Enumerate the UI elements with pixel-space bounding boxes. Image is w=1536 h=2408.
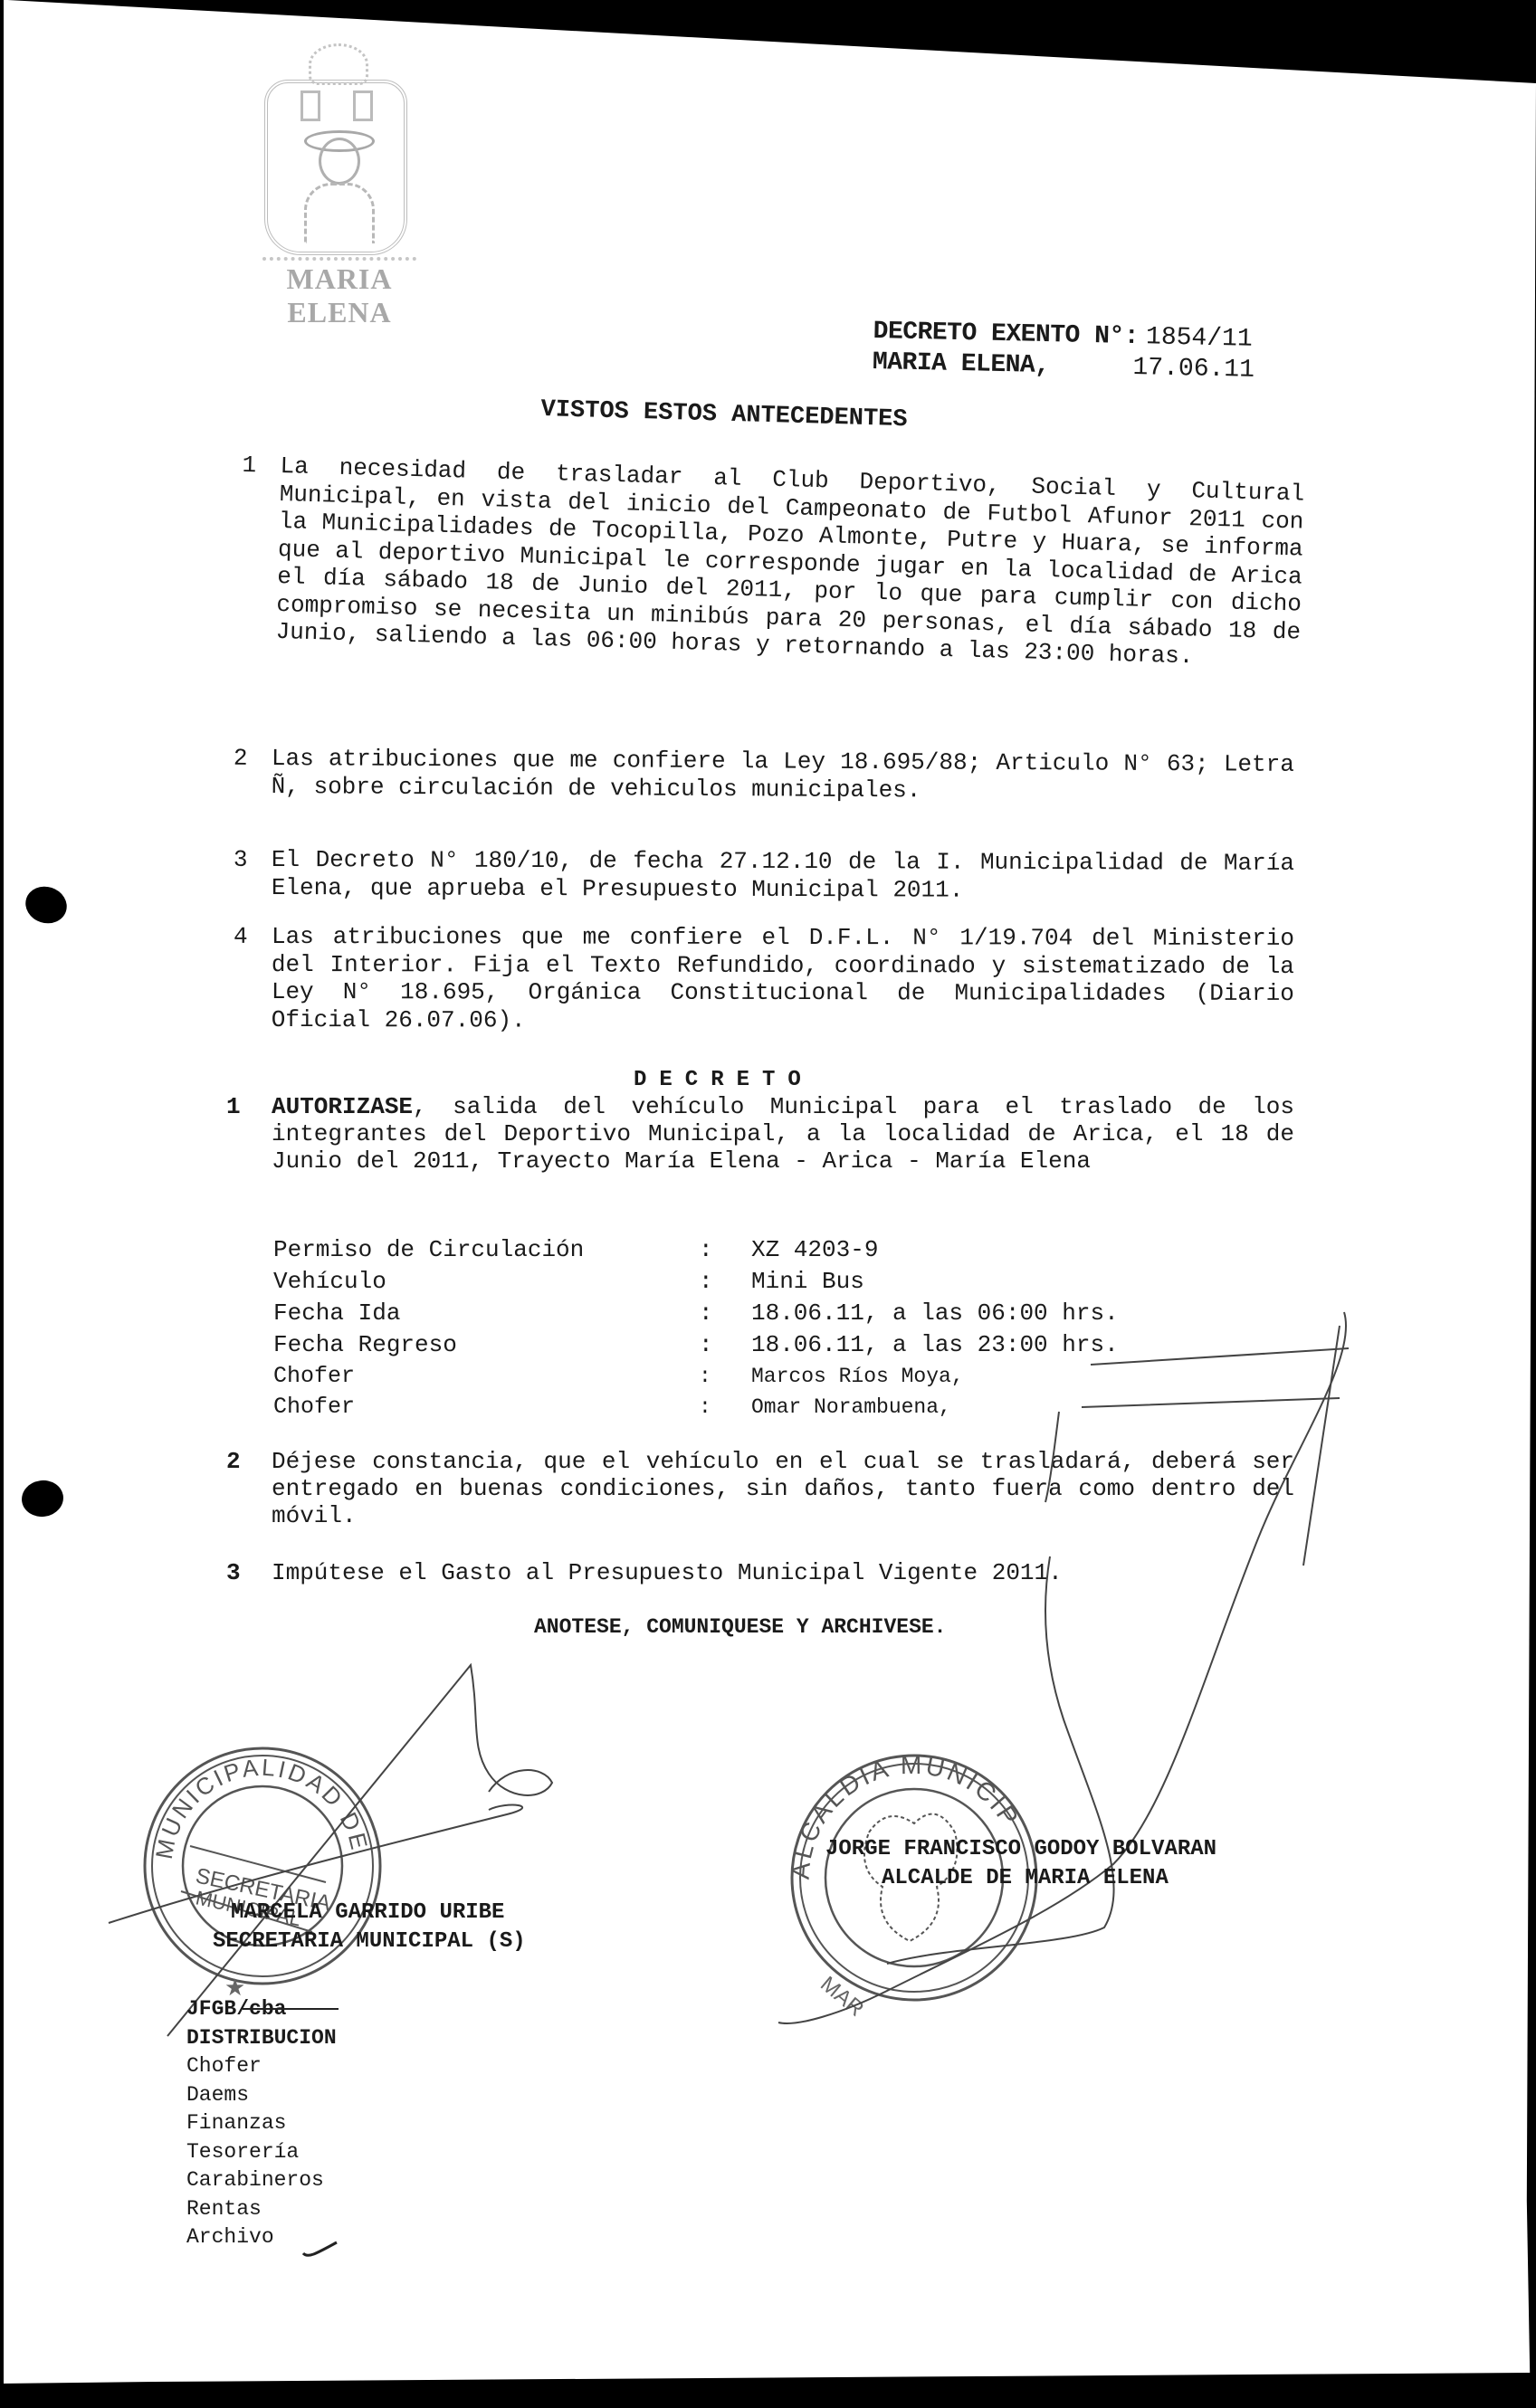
mayor-signature-block: JORGE FRANCISCO GODOY BOLVARAN ALCALDE D…	[825, 1835, 1216, 1893]
decree-date: 17.06.11	[1132, 354, 1255, 385]
secretary-signature-block: MARCELA GARRIDO URIBE SECRETARIA MUNICIP…	[231, 1899, 526, 1956]
item-number: 3	[226, 1559, 241, 1586]
municipal-crest-icon	[264, 80, 407, 255]
decreto-heading: DECRETO	[634, 1068, 814, 1092]
mayor-role: ALCALDE DE MARIA ELENA	[882, 1864, 1216, 1893]
item-number: 2	[234, 745, 248, 773]
distribution-recipient: Tesorería	[186, 2138, 337, 2167]
vistos-item: 1 La necesidad de trasladar al Club Depo…	[275, 452, 1304, 673]
decreto-item: 2 Déjese constancia, que el vehículo en …	[272, 1448, 1294, 1529]
detail-label: Vehículo	[273, 1266, 699, 1298]
distribution-recipient: Chofer	[186, 2052, 337, 2081]
vistos-heading: VISTOS ESTOS ANTECEDENTES	[540, 396, 908, 433]
mayor-name: JORGE FRANCISCO GODOY BOLVARAN	[825, 1835, 1216, 1864]
item-text: Las atribuciones que me confiere el D.F.…	[272, 923, 1294, 1035]
details-row: Permiso de Circulación:XZ 4203-9	[273, 1234, 1119, 1266]
distribution-recipient: Daems	[186, 2081, 337, 2110]
detail-label: Permiso de Circulación	[273, 1234, 699, 1266]
item-number: 1	[242, 452, 256, 480]
item-text: Impútese el Gasto al Presupuesto Municip…	[272, 1559, 1294, 1586]
detail-label: Fecha Ida	[273, 1298, 699, 1329]
scanned-document-page: MARIA ELENA DECRETO EXENTO N°:1854/11 MA…	[0, 0, 1536, 2408]
vehicle-details-table: Permiso de Circulación:XZ 4203-9 Vehícul…	[273, 1234, 1119, 1423]
vistos-item: 3 El Decreto N° 180/10, de fecha 27.12.1…	[272, 846, 1294, 905]
detail-value: Mini Bus	[751, 1266, 864, 1298]
decreto-item: 3 Impútese el Gasto al Presupuesto Munic…	[272, 1559, 1294, 1586]
vistos-item: 4 Las atribuciones que me confiere el D.…	[272, 923, 1294, 1035]
secretary-name: MARCELA GARRIDO URIBE	[231, 1899, 526, 1927]
detail-label: Chofer	[273, 1392, 699, 1423]
item-number: 2	[226, 1448, 241, 1475]
scan-border	[0, 0, 4, 2384]
distribution-recipient: Carabineros	[186, 2166, 337, 2195]
item-number: 3	[234, 846, 248, 874]
distribution-recipient: Rentas	[186, 2195, 337, 2224]
detail-value: 18.06.11, a las 06:00 hrs.	[751, 1298, 1119, 1329]
secretary-role: SECRETARIA MUNICIPAL (S)	[213, 1927, 526, 1956]
reference-initials: JFGB/cba	[186, 1995, 337, 2024]
detail-label: Fecha Regreso	[273, 1329, 699, 1361]
distribution-recipient: Archivo	[186, 2223, 337, 2252]
closing-formula: ANOTESE, COMUNIQUESE Y ARCHIVESE.	[534, 1615, 946, 1639]
decree-number-label: DECRETO EXENTO N°:	[873, 318, 1139, 351]
item-number: 1	[226, 1093, 241, 1120]
details-row: Vehículo:Mini Bus	[273, 1266, 1119, 1298]
decree-number: 1854/11	[1146, 323, 1253, 353]
detail-label: Chofer	[273, 1361, 699, 1392]
item-text: Las atribuciones que me confiere la Ley …	[272, 745, 1294, 806]
vistos-item: 2 Las atribuciones que me confiere la Le…	[272, 745, 1294, 806]
detail-value: Omar Norambuena,	[751, 1392, 951, 1423]
detail-value: Marcos Ríos Moya,	[751, 1361, 964, 1392]
item-text: El Decreto N° 180/10, de fecha 27.12.10 …	[272, 846, 1294, 905]
distribution-list: JFGB/cba DISTRIBUCION Chofer Daems Finan…	[186, 1995, 337, 2252]
secretary-signature	[109, 1665, 552, 2036]
decreto-item: 1 AUTORIZASE, salida del vehículo Munici…	[272, 1093, 1294, 1175]
item-text: Déjese constancia, que el vehículo en el…	[272, 1448, 1294, 1529]
details-row: Fecha Ida:18.06.11, a las 06:00 hrs.	[273, 1298, 1119, 1329]
decree-header: DECRETO EXENTO N°:1854/11 MARIA ELENA,17…	[873, 317, 1255, 386]
logo-name: MARIA ELENA	[244, 262, 434, 329]
distribution-title: DISTRIBUCION	[186, 2024, 337, 2053]
detail-value: XZ 4203-9	[751, 1234, 878, 1266]
item-keyword: AUTORIZASE	[272, 1093, 413, 1120]
item-text: , salida del vehículo Municipal para el …	[272, 1093, 1294, 1175]
item-number: 4	[234, 923, 248, 951]
svg-text:MAR: MAR	[816, 1972, 868, 2022]
municipality-logo: MARIA ELENA	[244, 36, 425, 308]
item-text: La necesidad de trasladar al Club Deport…	[275, 452, 1304, 673]
details-row: Chofer:Marcos Ríos Moya,	[273, 1361, 1119, 1392]
place-label: MARIA ELENA,	[873, 348, 1050, 380]
details-row: Fecha Regreso:18.06.11, a las 23:00 hrs.	[273, 1329, 1119, 1361]
distribution-recipient: Finanzas	[186, 2109, 337, 2138]
detail-value: 18.06.11, a las 23:00 hrs.	[751, 1329, 1119, 1361]
details-row: Chofer:Omar Norambuena,	[273, 1392, 1119, 1423]
